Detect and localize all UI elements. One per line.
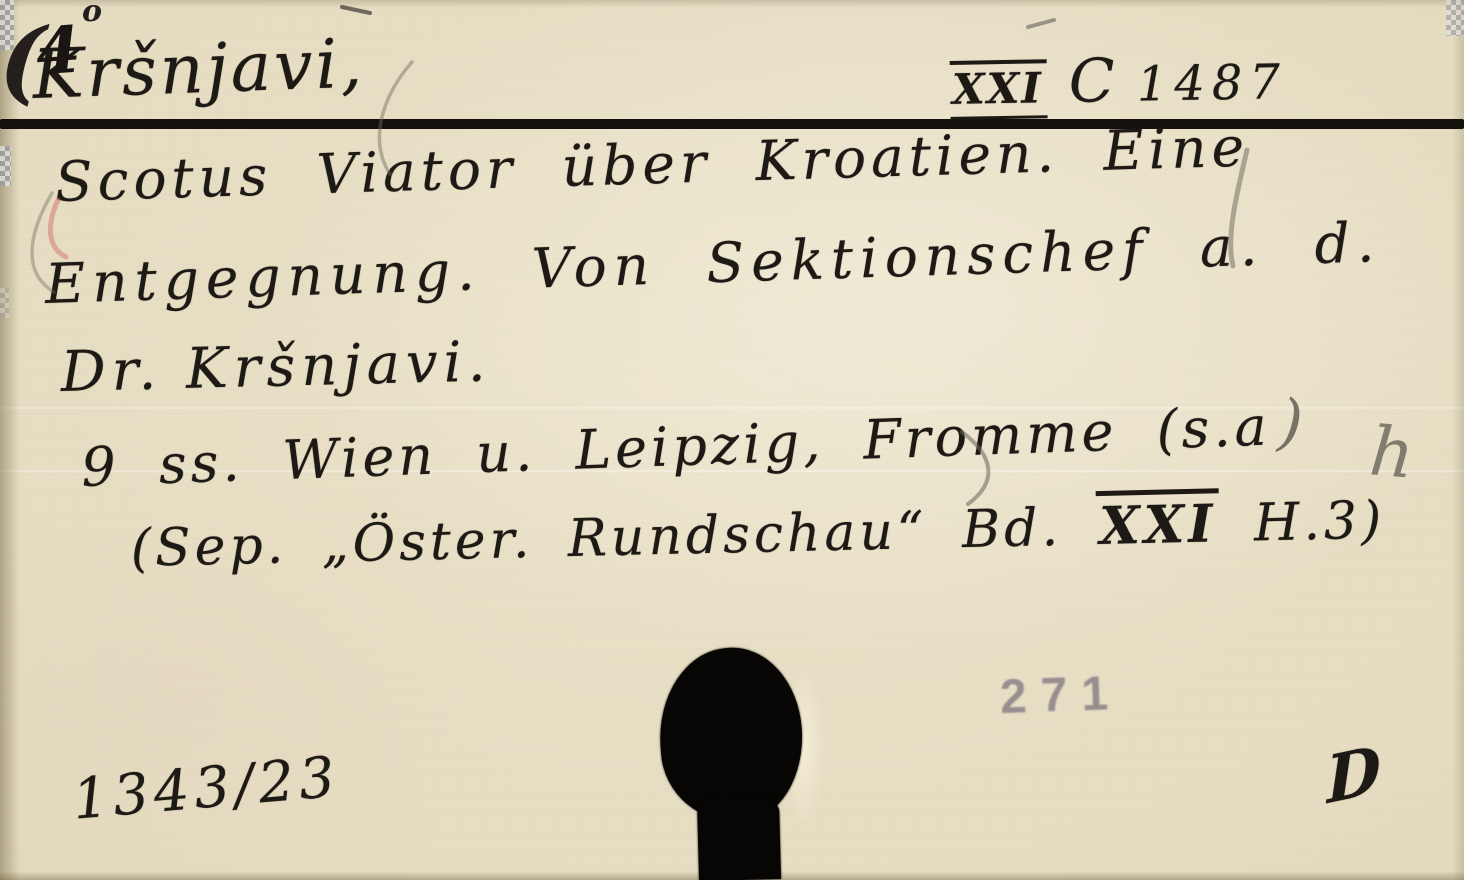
- punch-hole-tear: [697, 797, 781, 880]
- format-superscript: o: [82, 0, 102, 29]
- call-number-series-letter: C: [1068, 46, 1115, 117]
- call-number-roman-numeral: XXI: [950, 59, 1048, 120]
- scan-edge-left: [0, 0, 20, 880]
- scan-edge-right: [1452, 0, 1464, 880]
- series-volume-roman: XXI: [1096, 488, 1220, 557]
- title-line-3: Dr. Kršnjavi.: [60, 329, 492, 405]
- scan-artifact-checker: [0, 288, 9, 318]
- ink-letter-annotation: D: [1325, 732, 1382, 820]
- call-number-digits: 1487: [1136, 54, 1287, 113]
- pencil-letter-annotation: h: [1367, 412, 1418, 495]
- stamp-number: 271: [999, 666, 1123, 725]
- scan-artifact-checker: [0, 146, 11, 186]
- format-digit: 4: [33, 13, 83, 91]
- scan-edge-top: [0, 0, 1464, 8]
- series-note-post: H.3): [1219, 491, 1386, 555]
- call-number: XXI C 1487: [949, 43, 1287, 119]
- scan-artifact-checker: [1446, 0, 1464, 36]
- pencil-close-paren: ): [1276, 385, 1309, 460]
